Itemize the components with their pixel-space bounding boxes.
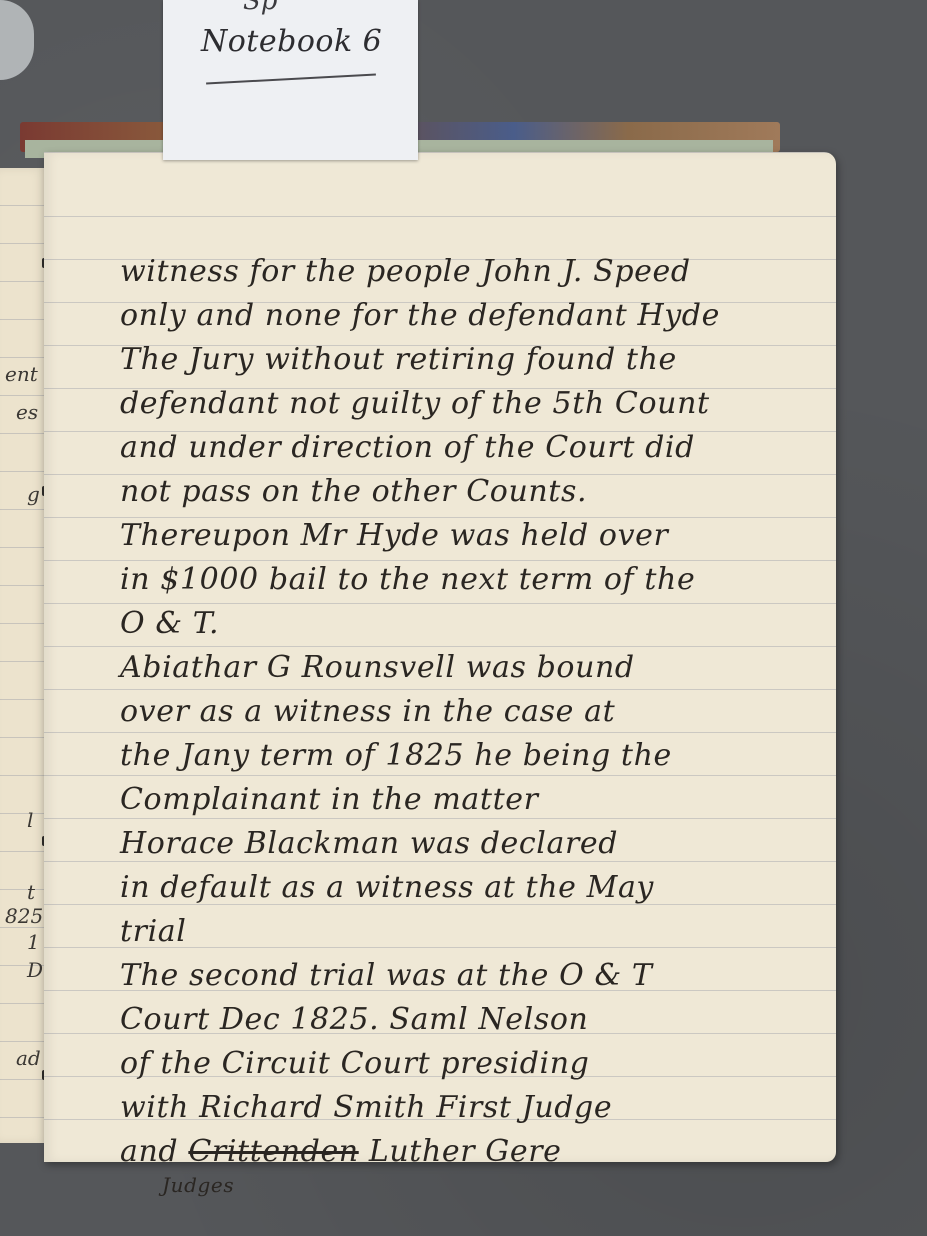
last-line-prefix: and [120, 1134, 188, 1169]
left-page-fragment: ent [5, 362, 38, 386]
left-page-fragment: l [27, 808, 33, 832]
last-line-suffix: Luther Gere [359, 1134, 562, 1169]
text-line: The second trial was at the O & T [120, 954, 830, 998]
text-line: in $1000 bail to the next term of the [120, 558, 830, 602]
text-line: only and none for the defendant Hyde [120, 294, 830, 338]
left-page-fragment: t [27, 880, 35, 904]
label-title: Notebook 6 [201, 24, 382, 59]
text-line: in default as a witness at the May [120, 866, 830, 910]
left-page-fragment: es [16, 400, 38, 424]
text-line: Thereupon Mr Hyde was held over [120, 514, 830, 558]
text-line: over as a witness in the case at [120, 690, 830, 734]
text-line: The Jury without retiring found the [120, 338, 830, 382]
left-page-fragment: g [27, 482, 40, 506]
text-line: the Jany term of 1825 he being the [120, 734, 830, 778]
text-line: not pass on the other Counts. [120, 470, 830, 514]
text-line: trial [120, 910, 830, 954]
text-line: defendant not guilty of the 5th Count [120, 382, 830, 426]
struck-out-name: Crittenden [188, 1134, 358, 1169]
text-line: with Richard Smith First Judge [120, 1086, 830, 1130]
string-tie [0, 0, 34, 80]
footnote-judges: Judges [120, 1174, 830, 1196]
label-top-fragment: Sp [243, 0, 277, 16]
text-line: of the Circuit Court presiding [120, 1042, 830, 1086]
text-line: Complainant in the matter [120, 778, 830, 822]
text-line: and under direction of the Court did [120, 426, 830, 470]
text-line: witness for the people John J. Speed [120, 250, 830, 294]
text-line: Horace Blackman was declared [120, 822, 830, 866]
text-line-last: and Crittenden Luther Gere [120, 1130, 830, 1174]
text-line: Abiathar G Rounsvell was bound [120, 646, 830, 690]
left-page [0, 168, 47, 1143]
left-page-fragment: 825 [5, 904, 43, 928]
label-underline [206, 74, 376, 85]
archive-label-card: Sp Notebook 6 [163, 0, 418, 160]
left-page-fragment: D [27, 958, 43, 982]
handwritten-text: witness for the people John J. Speed onl… [120, 250, 830, 1196]
text-line: O & T. [120, 602, 830, 646]
left-page-fragment: 1 [27, 930, 40, 954]
text-line: Court Dec 1825. Saml Nelson [120, 998, 830, 1042]
left-page-fragment: ad [16, 1046, 41, 1070]
